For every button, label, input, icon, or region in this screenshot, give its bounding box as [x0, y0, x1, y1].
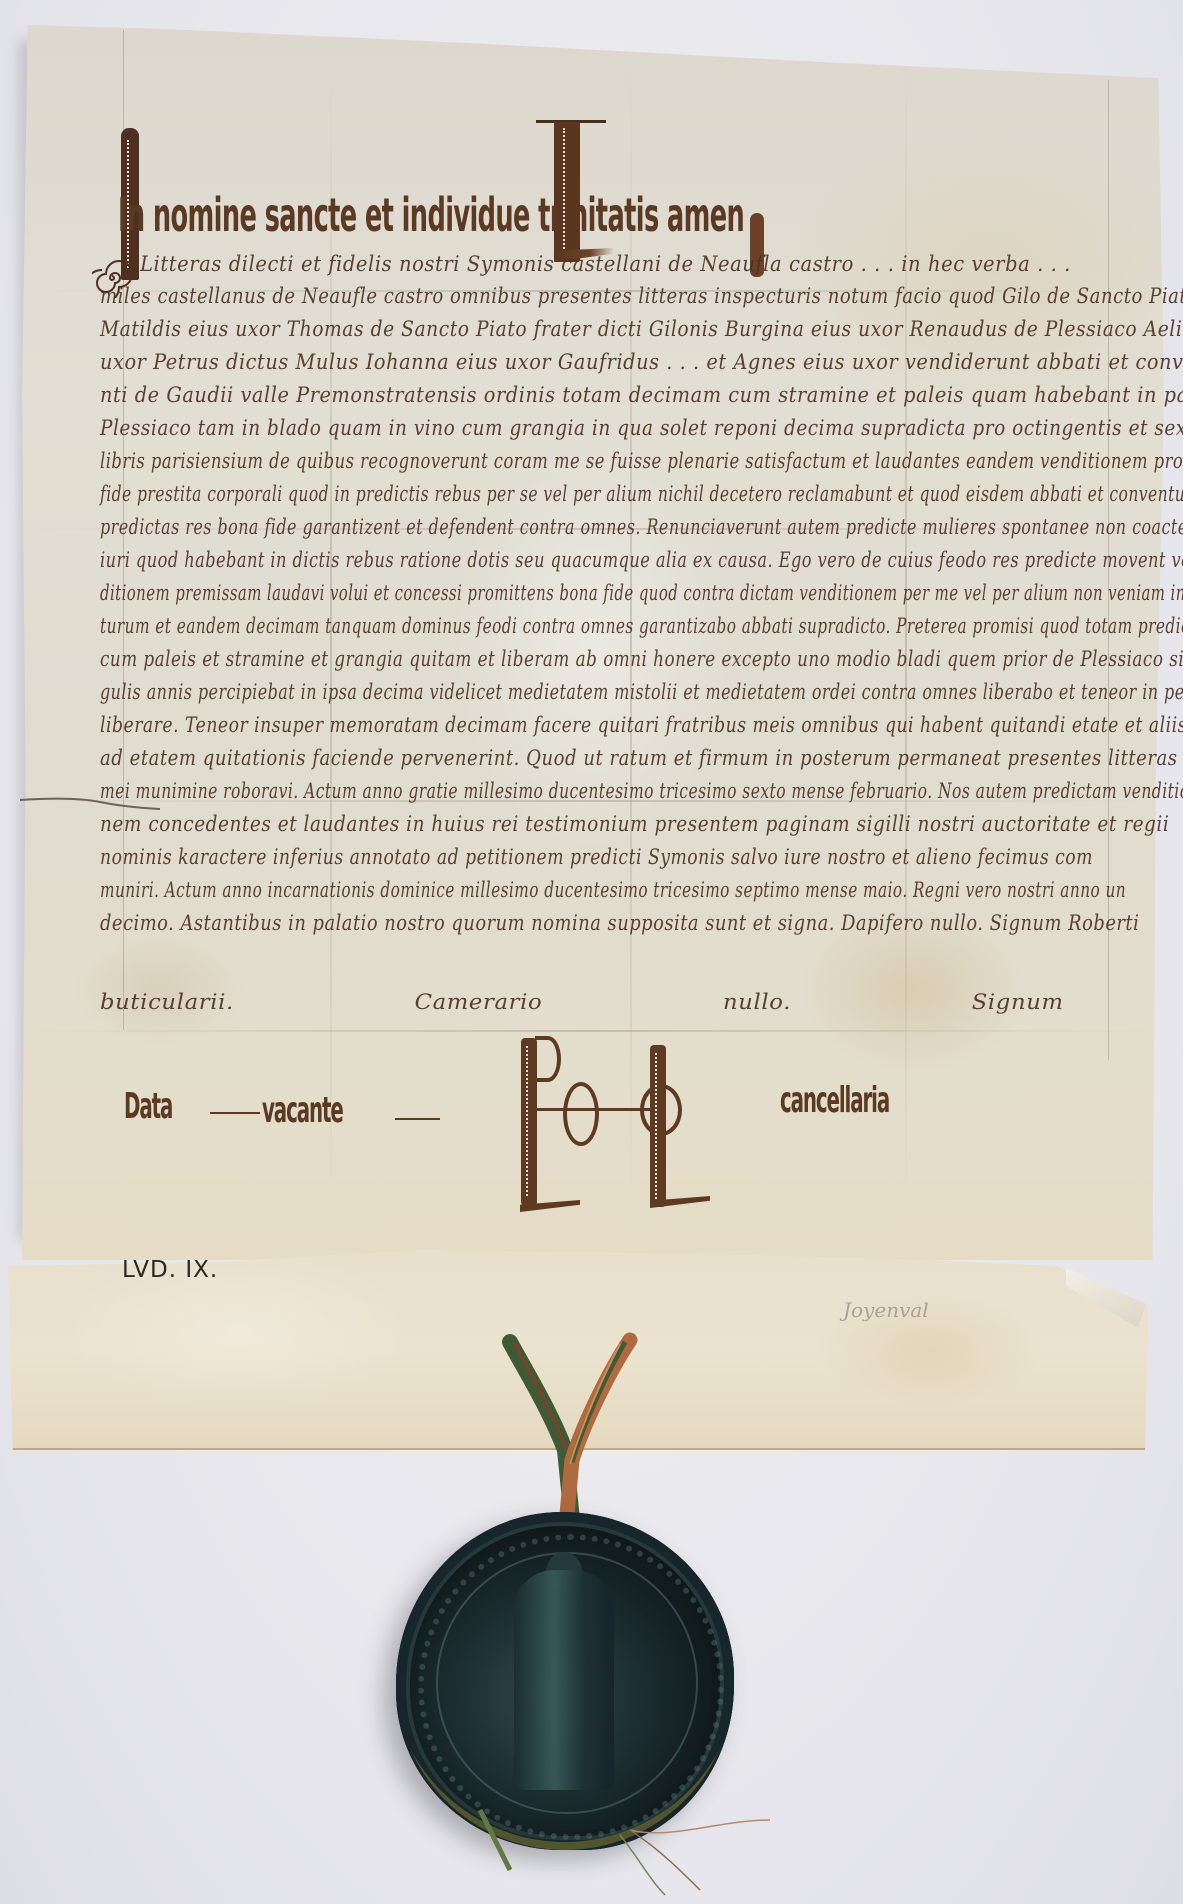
pencil-note: Joyenval	[843, 1298, 929, 1322]
text-line: nominis karactere inferius annotato ad p…	[100, 845, 1093, 869]
text-line: ditionem premissam laudavi volui et conc…	[100, 581, 1183, 605]
monogram-stem-right	[650, 1045, 666, 1207]
text-line: liberare. Teneor insuper memoratam decim…	[100, 713, 1183, 737]
cancellaria-label: cancellaria	[780, 1080, 889, 1121]
text-line: cum paleis et stramine et grangia quitam…	[100, 647, 1183, 671]
text-line: decimo. Astantibus in palatio nostro quo…	[100, 911, 1139, 935]
eschatocol-dash	[210, 1112, 260, 1114]
invocation-header: In nomine sancte et individue trinitatis…	[118, 188, 744, 242]
text-line: gulis annis percipiebat in ipsa decima v…	[100, 680, 1183, 704]
text-line: uxor Petrus dictus Mulus Iohanna eius ux…	[100, 350, 1183, 374]
data-label: Data	[124, 1086, 172, 1127]
horizontal-fold-crease	[30, 1030, 1150, 1032]
text-line: mei munimine roboravi. Actum anno gratie…	[100, 779, 1183, 803]
monogram-o	[563, 1082, 599, 1146]
text-line: nem concedentes et laudantes in huius re…	[100, 812, 1169, 836]
text-line: buticularii. Camerario nullo. Signum Ama…	[100, 990, 1183, 1014]
eschatocol-dash	[395, 1118, 440, 1120]
initial-L-ornament	[554, 122, 580, 262]
vacante-label: vacante	[262, 1090, 343, 1131]
text-line: predictas res bona fide garantizent et d…	[100, 515, 1183, 539]
text-line: nti de Gaudii valle Premonstratensis ord…	[100, 383, 1183, 407]
text-line: ad etatem quitationis faciende perveneri…	[100, 746, 1183, 770]
text-line: muniri. Actum anno incarnationis dominic…	[100, 878, 1126, 902]
text-line: fide prestita corporali quod in predicti…	[100, 482, 1183, 506]
monogram-bowl-top	[535, 1036, 561, 1082]
text-line: libris parisiensium de quibus recognover…	[100, 449, 1183, 473]
text-line: Litteras dilecti et fidelis nostri Symon…	[140, 252, 1071, 276]
archival-label: LVD. IX.	[122, 1257, 218, 1283]
text-line: miles castellanus de Neaufle castro omni…	[100, 284, 1183, 308]
text-line: iuri quod habebant in dictis rebus ratio…	[100, 548, 1183, 572]
charter: In nomine sancte et individue trinitatis…	[0, 0, 1183, 1904]
text-line: Plessiaco tam in blado quam in vino cum …	[100, 416, 1183, 440]
text-line: Matildis eius uxor Thomas de Sancto Piat…	[100, 317, 1183, 341]
silk-cord-icon	[480, 1330, 660, 1530]
text-line: turum et eandem decimam tanquam dominus …	[100, 614, 1183, 638]
loose-silk-threads-icon	[470, 1790, 790, 1900]
